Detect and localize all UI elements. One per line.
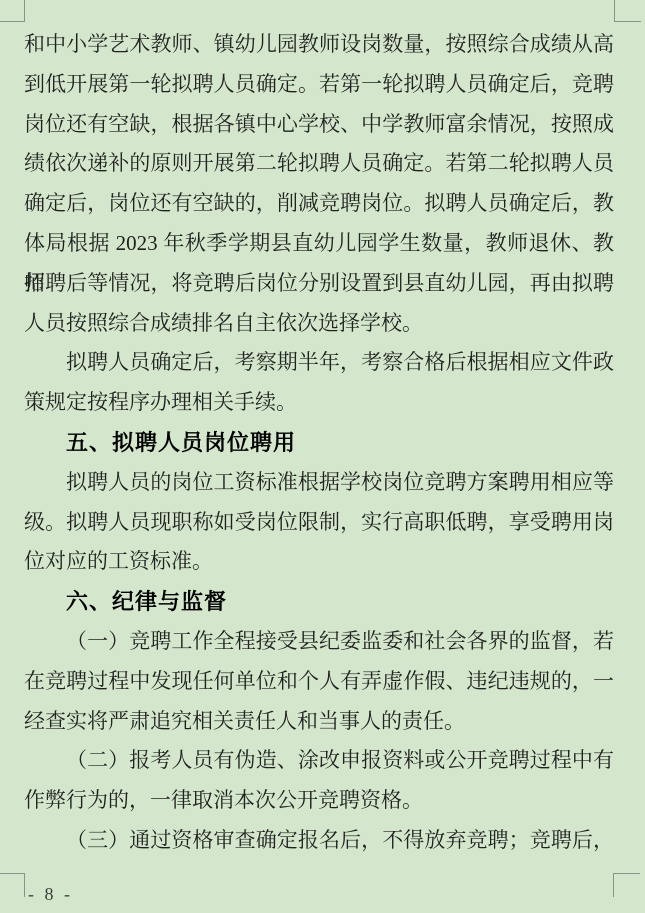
text-line: （三）通过资格审查确定报名后，不得放弃竞聘；竞聘后，	[24, 821, 614, 861]
text-line: （一）竞聘工作全程接受县纪委监委和社会各界的监督，若	[24, 622, 614, 662]
text-line: 确定后，岗位还有空缺的，削减竞聘岗位。拟聘人员确定后，教	[24, 184, 614, 224]
page-number: - 8 -	[28, 884, 73, 905]
text-line: 和中小学艺术教师、镇幼儿园教师设岗数量，按照综合成绩从高	[24, 25, 614, 65]
document-body: 和中小学艺术教师、镇幼儿园教师设岗数量，按照综合成绩从高到低开展第一轮拟聘人员确…	[24, 25, 614, 861]
crop-mark-top-right	[614, 0, 641, 22]
text-line: 招聘后等情况，将竞聘后岗位分别设置到县直幼儿园，再由拟聘	[24, 264, 614, 304]
crop-mark-top-left	[0, 0, 25, 22]
text-line: 拟聘人员确定后，考察期半年，考察合格后根据相应文件政	[24, 343, 614, 383]
text-line: 绩依次递补的原则开展第二轮拟聘人员确定。若第二轮拟聘人员	[24, 144, 614, 184]
text-line: 级。拟聘人员现职称如受岗位限制，实行高职低聘，享受聘用岗	[24, 503, 614, 543]
text-line: 体局根据 2023 年秋季学期县直幼儿园学生数量，教师退休、教师	[24, 224, 614, 264]
text-line: 作弊行为的，一律取消本次公开竞聘资格。	[24, 781, 614, 821]
text-line: 经查实将严肃追究相关责任人和当事人的责任。	[24, 702, 614, 742]
text-line: 岗位还有空缺，根据各镇中心学校、中学教师富余情况，按照成	[24, 105, 614, 145]
text-line: （二）报考人员有伪造、涂改申报资料或公开竞聘过程中有	[24, 741, 614, 781]
text-line: 拟聘人员的岗位工资标准根据学校岗位竞聘方案聘用相应等	[24, 463, 614, 503]
text-line: 人员按照综合成绩排名自主依次选择学校。	[24, 304, 614, 344]
document-page: 和中小学艺术教师、镇幼儿园教师设岗数量，按照综合成绩从高到低开展第一轮拟聘人员确…	[0, 0, 645, 913]
text-line: 位对应的工资标准。	[24, 542, 614, 582]
heading-line: 六、纪律与监督	[24, 582, 614, 622]
text-line: 在竞聘过程中发现任何单位和个人有弄虚作假、违纪违规的，一	[24, 662, 614, 702]
crop-mark-bottom-left	[0, 873, 25, 897]
crop-mark-bottom-right	[613, 873, 640, 897]
heading-line: 五、拟聘人员岗位聘用	[24, 423, 614, 463]
text-line: 到低开展第一轮拟聘人员确定。若第一轮拟聘人员确定后，竞聘	[24, 65, 614, 105]
text-line: 策规定按程序办理相关手续。	[24, 383, 614, 423]
